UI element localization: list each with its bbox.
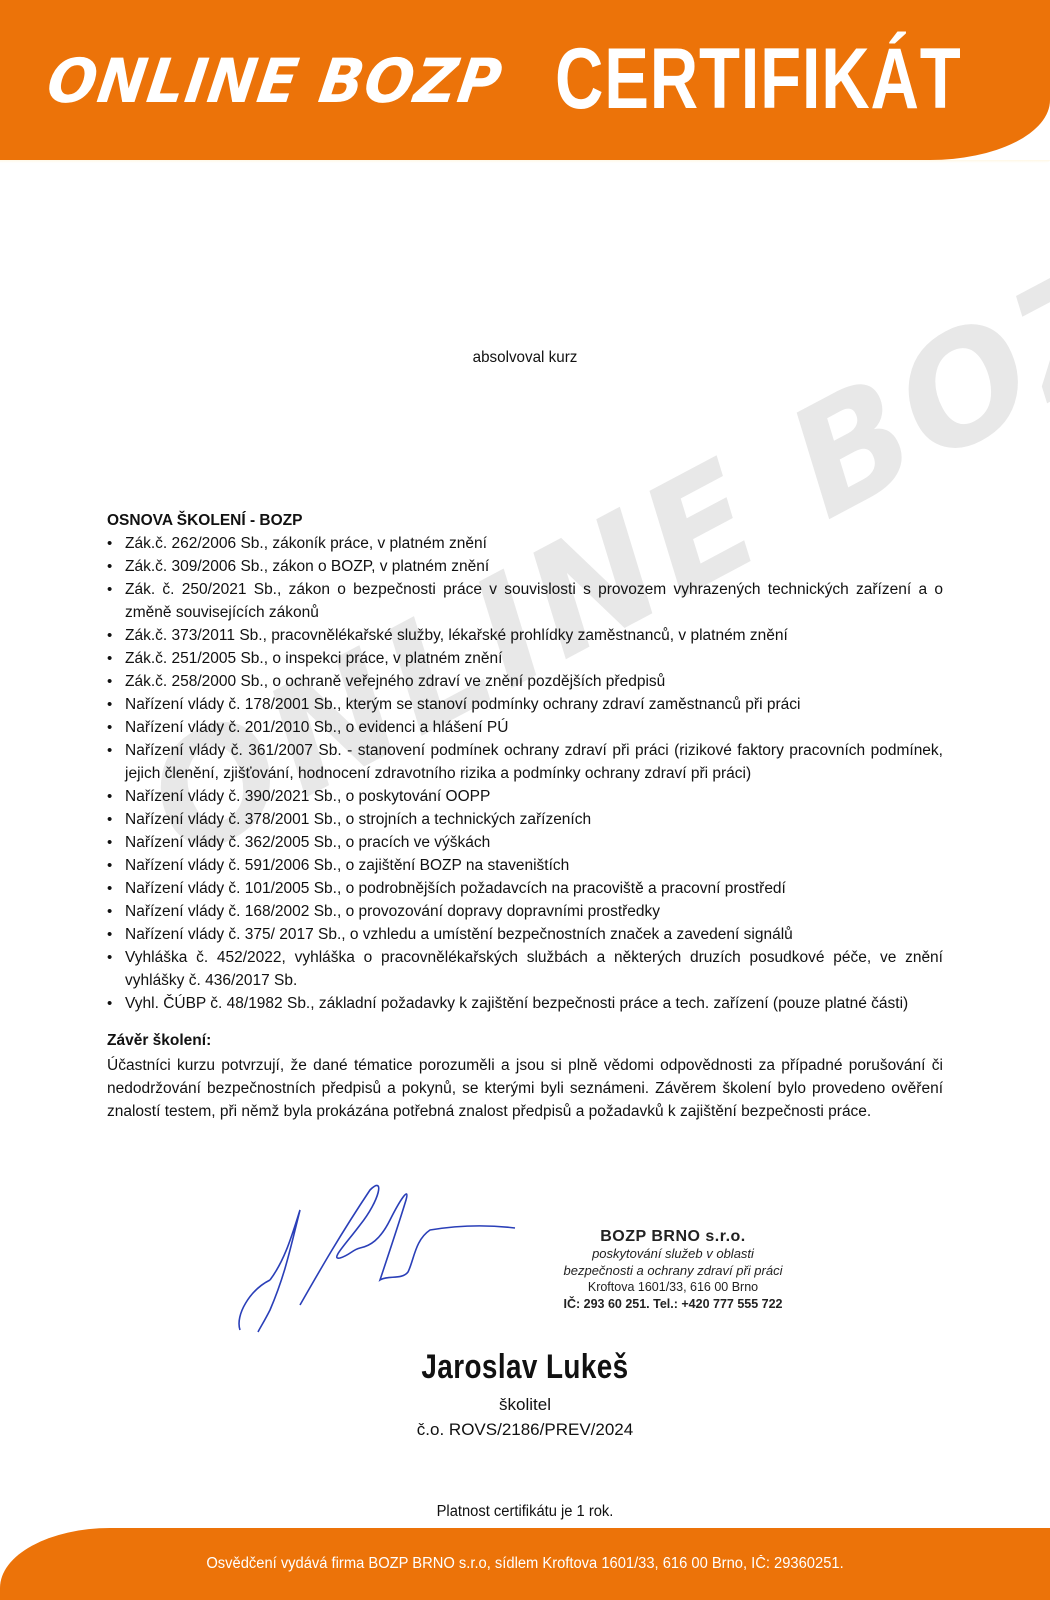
stamp-ids: IČ: 293 60 251. Tel.: +420 777 555 722 [548,1296,798,1313]
signature-icon [230,1180,530,1340]
syllabus-list: Zák.č. 262/2006 Sb., zákoník práce, v pl… [107,532,943,1015]
syllabus-item: Nařízení vlády č. 168/2002 Sb., o provoz… [107,900,943,923]
stamp-company: BOZP BRNO s.r.o. [548,1228,798,1245]
syllabus-item: Nařízení vlády č. 390/2021 Sb., o poskyt… [107,785,943,808]
syllabus-item: Nařízení vlády č. 362/2005 Sb., o pracíc… [107,831,943,854]
certificate-validity: Platnost certifikátu je 1 rok. [26,1503,1024,1521]
certificate-body: OSNOVA ŠKOLENÍ - BOZP Zák.č. 262/2006 Sb… [107,509,943,1123]
syllabus-item: Nařízení vlády č. 101/2005 Sb., o podrob… [107,877,943,900]
company-stamp: BOZP BRNO s.r.o. poskytování služeb v ob… [548,1228,798,1313]
completed-course-label: absolvoval kurz [26,349,1024,367]
trainer-role: školitel [0,1395,1050,1415]
syllabus-item: Nařízení vlády č. 375/ 2017 Sb., o vzhle… [107,923,943,946]
syllabus-item: Zák.č. 258/2000 Sb., o ochraně veřejného… [107,670,943,693]
syllabus-item: Zák.č. 373/2011 Sb., pracovnělékařské sl… [107,624,943,647]
stamp-address: Kroftova 1601/33, 616 00 Brno [548,1279,798,1296]
syllabus-item: Zák.č. 262/2006 Sb., zákoník práce, v pl… [107,532,943,555]
certificate-title: CERTIFIKÁT [555,36,962,122]
syllabus-item: Nařízení vlády č. 201/2010 Sb., o eviden… [107,716,943,739]
stamp-line-1: poskytování služeb v oblasti [548,1245,798,1262]
syllabus-item: Zák.č. 309/2006 Sb., zákon o BOZP, v pla… [107,555,943,578]
online-bozp-logo: ONLINE BOZP [44,51,506,112]
syllabus-item: Nařízení vlády č. 591/2006 Sb., o zajišt… [107,854,943,877]
footer-issuer-text: Osvědčení vydává firma BOZP BRNO s.r.o, … [26,1555,1024,1573]
syllabus-item: Vyhl. ČÚBP č. 48/1982 Sb., základní poža… [107,992,943,1015]
syllabus-item: Nařízení vlády č. 378/2001 Sb., o strojn… [107,808,943,831]
conclusion-title: Závěr školení: [107,1029,943,1052]
stamp-line-2: bezpečnosti a ochrany zdraví při práci [548,1262,798,1279]
trainer-name: Jaroslav Lukeš [95,1348,956,1387]
conclusion-text: Účastníci kurzu potvrzují, že dané témat… [107,1054,943,1123]
trainer-registration: č.o. ROVS/2186/PREV/2024 [0,1420,1050,1440]
syllabus-item: Nařízení vlády č. 178/2001 Sb., kterým s… [107,693,943,716]
syllabus-item: Nařízení vlády č. 361/2007 Sb. - stanove… [107,739,943,785]
syllabus-item: Zák. č. 250/2021 Sb., zákon o bezpečnost… [107,578,943,624]
syllabus-item: Vyhláška č. 452/2022, vyhláška o pracovn… [107,946,943,992]
syllabus-title: OSNOVA ŠKOLENÍ - BOZP [107,509,943,532]
syllabus-item: Zák.č. 251/2005 Sb., o inspekci práce, v… [107,647,943,670]
